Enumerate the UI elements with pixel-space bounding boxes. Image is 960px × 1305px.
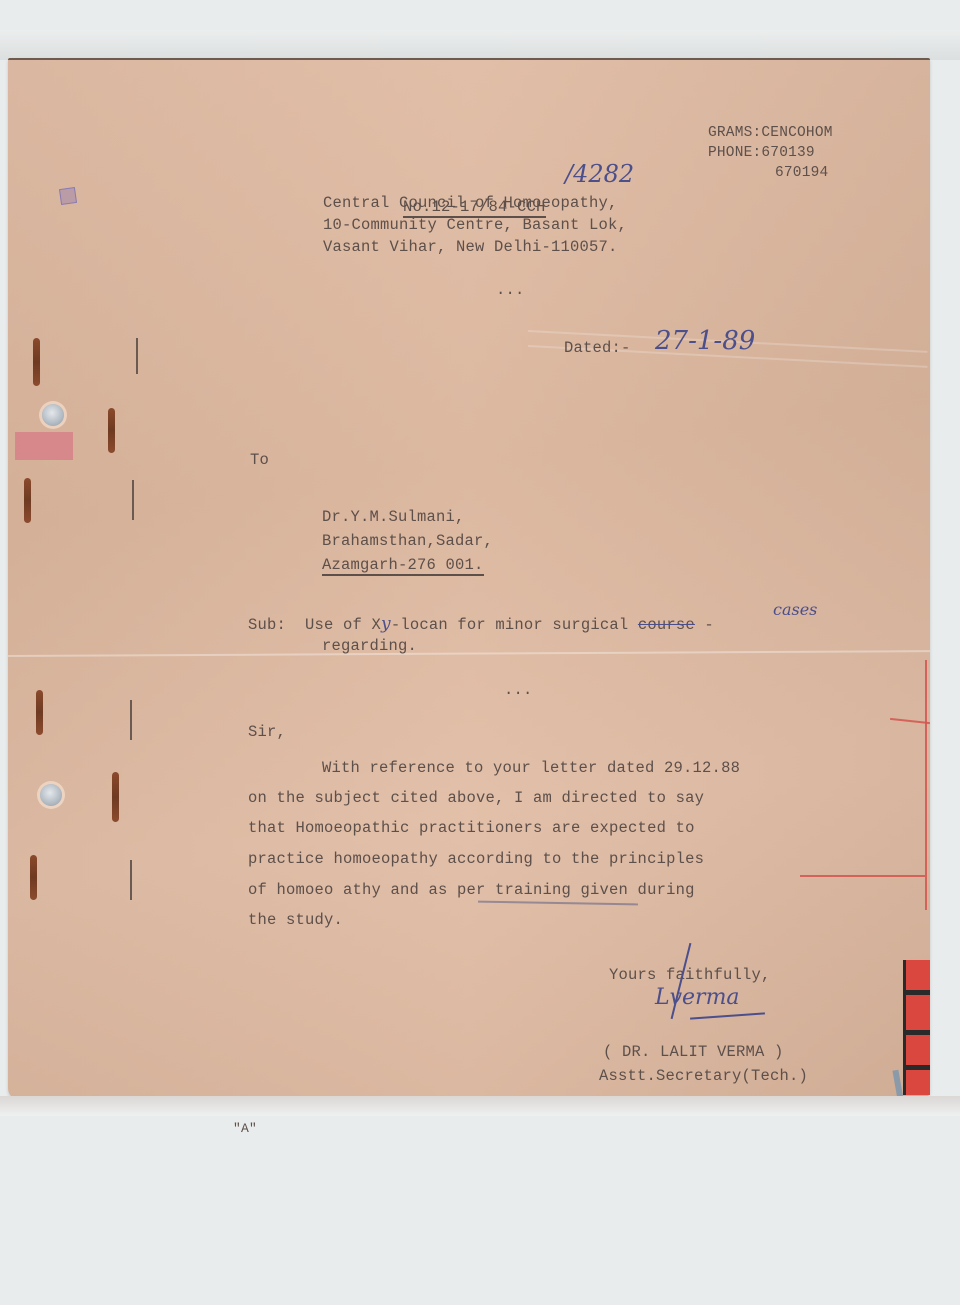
plastic-sleeve-bottom	[0, 1096, 960, 1116]
subject-handwritten-replacement: cases	[773, 600, 817, 619]
separator-dots: ...	[504, 675, 533, 705]
poster-stripe	[906, 1030, 930, 1035]
signature: Lverma	[655, 985, 740, 1010]
subject-struck-word: course	[638, 616, 695, 634]
sender-line-2: 10-Community Centre, Basant Lok,	[323, 214, 627, 236]
plastic-sleeve-top	[0, 30, 960, 60]
signatory-title: Asstt.Secretary(Tech.)	[599, 1064, 808, 1088]
recipient-city: Azamgarh-276 001.	[322, 556, 484, 576]
body-line: practice homoeopathy according to the pr…	[248, 844, 704, 874]
body-line: With reference to your letter dated 29.1…	[322, 753, 740, 783]
poster-stripe	[906, 1065, 930, 1070]
poster-stripe	[906, 990, 930, 995]
subject-line-2: regarding.	[322, 634, 417, 658]
rust-staple-mark	[112, 772, 119, 822]
greeting: Sir,	[248, 717, 286, 747]
subject-text: Use of X	[305, 616, 381, 634]
subject-label: Sub:	[248, 616, 286, 634]
body-line: that Homoeopathic practitioners are expe…	[248, 813, 695, 843]
pink-tape-patch	[15, 432, 73, 460]
sender-line-1: Central Council of Homoeopathy,	[323, 192, 618, 214]
phone-line-2: 670194	[775, 163, 828, 183]
punch-hole	[42, 404, 64, 426]
subject-handwritten-letter: y	[381, 614, 391, 634]
paper-crease	[8, 650, 930, 657]
rust-staple-mark	[33, 338, 40, 386]
sender-line-3: Vasant Vihar, New Delhi-110057.	[323, 236, 618, 258]
pin-mark	[136, 338, 138, 374]
recipient-name: Dr.Y.M.Sulmani,	[322, 505, 465, 529]
subject-text: -	[695, 616, 714, 634]
phone-line: PHONE:670139	[708, 143, 815, 163]
separator-dots: ...	[496, 275, 525, 305]
pin-mark	[130, 700, 132, 740]
red-margin-line	[925, 660, 927, 910]
pin-mark	[132, 480, 134, 520]
body-line: of homoeo athy and as per training given…	[248, 875, 695, 905]
grams-line: GRAMS:CENCOHOM	[708, 123, 833, 143]
pin-mark	[130, 860, 132, 900]
annexure-mark: "A"	[233, 1120, 257, 1138]
subject-text: -locan for minor surgical	[391, 616, 638, 634]
recipient-address-1: Brahamsthan,Sadar,	[322, 529, 493, 553]
subject-line: Sub: Use of Xy-locan for minor surgical …	[248, 612, 714, 637]
red-margin-line	[800, 875, 925, 877]
rust-staple-mark	[108, 408, 115, 453]
reference-handwritten: /4282	[565, 160, 634, 188]
red-poster-edge	[903, 960, 930, 1095]
punch-hole	[40, 784, 62, 806]
date-label: Dated:-	[564, 333, 631, 363]
rust-staple-mark	[30, 855, 37, 900]
date-handwritten: 27-1-89	[655, 326, 755, 356]
recipient-address-2: Azamgarh-276 001.	[322, 553, 484, 577]
to-label: To	[250, 445, 269, 475]
signatory-name: ( DR. LALIT VERMA )	[603, 1040, 784, 1064]
body-line: the study.	[248, 905, 343, 935]
stamp-mark	[59, 187, 77, 205]
body-line: on the subject cited above, I am directe…	[248, 783, 704, 813]
rust-staple-mark	[36, 690, 43, 735]
rust-staple-mark	[24, 478, 31, 523]
